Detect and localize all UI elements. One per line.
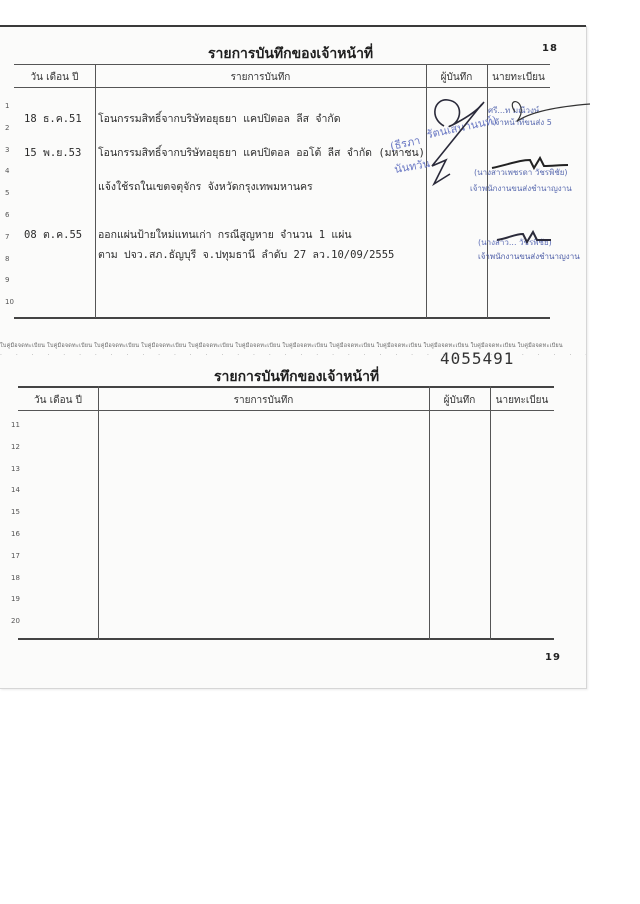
- registrar-3-title: เจ้าพนักงานขนส่งชำนาญงาน: [478, 250, 580, 263]
- page-title-top: รายการบันทึกของเจ้าหน้าที่: [208, 43, 373, 65]
- entry-text: โอนกรรมสิทธิ์จากบริษัทอยุธยา แคปปิตอล ลี…: [98, 110, 341, 127]
- row-number: 12: [11, 443, 25, 451]
- row-number: 14: [11, 486, 25, 494]
- row-number: 17: [11, 552, 25, 560]
- row-number: 18: [11, 574, 25, 582]
- header-registrar: นายทะเบียน: [490, 393, 554, 408]
- entry-text: แจ้งใช้รถในเขตจตุจักร จังหวัดกรุงเทพมหาน…: [98, 178, 313, 195]
- serial-number: 4055491: [440, 349, 514, 368]
- entry-date: 15 พ.ย.53: [24, 144, 81, 161]
- row-number: 3: [5, 146, 19, 154]
- page-number-bottom: 19: [545, 652, 561, 663]
- row-number: 13: [11, 465, 25, 473]
- registrar-3-signature: [495, 230, 555, 246]
- entry-date: 08 ต.ค.55: [24, 226, 82, 243]
- top-border: [0, 25, 586, 27]
- row-number: 10: [5, 298, 19, 306]
- row-number: 11: [11, 421, 25, 429]
- header-entry: รายการบันทึก: [98, 393, 429, 408]
- header-registrar: นายทะเบียน: [487, 70, 550, 85]
- row-number: 1: [5, 102, 19, 110]
- header-date: วัน เดือน ปี: [14, 70, 95, 85]
- entry-text: ตาม ปจว.สภ.ธัญบุรี จ.ปทุมธานี ลำดับ 27 ล…: [98, 246, 394, 263]
- row-number: 4: [5, 167, 19, 175]
- row-number: 6: [5, 211, 19, 219]
- col-divider-date: [98, 386, 99, 640]
- col-divider-entry: [429, 386, 430, 640]
- row-number: 2: [5, 124, 19, 132]
- row-number: 16: [11, 530, 25, 538]
- registrar-2-title: เจ้าพนักงานขนส่งชำนาญงาน: [470, 182, 572, 195]
- entry-date: 18 ธ.ค.51: [24, 110, 82, 127]
- page-title-bottom: รายการบันทึกของเจ้าหน้าที่: [214, 366, 379, 388]
- row-number: 15: [11, 508, 25, 516]
- header-recorder: ผู้บันทึก: [429, 393, 490, 408]
- page-number-top: 18: [542, 43, 558, 54]
- row-number: 8: [5, 255, 19, 263]
- entry-text: โอนกรรมสิทธิ์จากบริษัทอยุธยา แคปปิตอล ออ…: [98, 144, 425, 161]
- header-date: วัน เดือน ปี: [18, 393, 98, 408]
- col-divider-date: [95, 64, 96, 318]
- row-number: 19: [11, 595, 25, 603]
- entry-text: ออกแผ่นป้ายใหม่แทนเก่า กรณีสูญหาย จำนวน …: [98, 226, 352, 243]
- row-number: 9: [5, 276, 19, 284]
- row-number: 7: [5, 233, 19, 241]
- row-number: 5: [5, 189, 19, 197]
- header-entry: รายการบันทึก: [95, 70, 426, 85]
- row-number: 20: [11, 617, 25, 625]
- registrar-1-signature: [505, 98, 595, 128]
- registrar-2-signature: [490, 156, 570, 172]
- col-divider-recorder: [490, 386, 491, 640]
- header-recorder: ผู้บันทึก: [426, 70, 487, 85]
